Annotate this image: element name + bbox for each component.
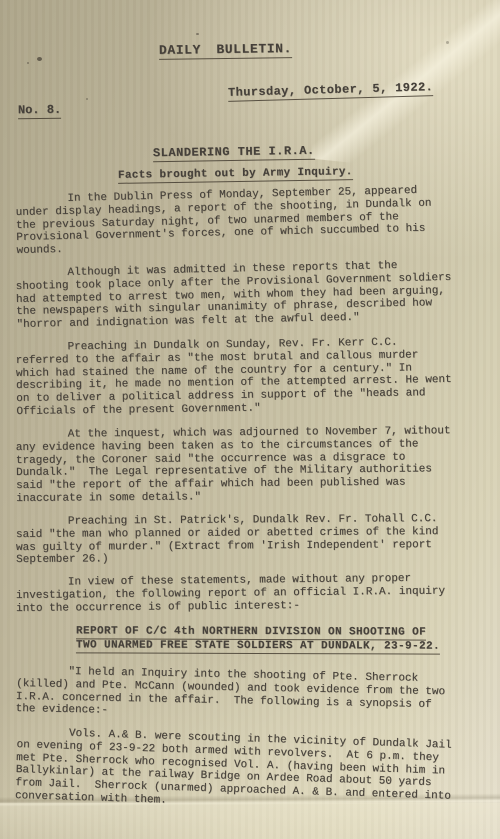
paper-speck — [27, 62, 29, 64]
article-subheadline: Facts brought out by Army Inquiry. — [118, 166, 353, 182]
body-paragraph: Preaching in Dundalk on Sunday, Rev. Fr.… — [15, 336, 452, 419]
paper-speck — [86, 98, 88, 100]
body-paragraph: In the Dublin Press of Monday, September… — [15, 184, 452, 258]
paper-speck — [37, 57, 42, 61]
bulletin-title-text: DAILY BULLETIN. — [159, 41, 292, 60]
report-paragraph: "I held an Inquiry into the shooting of … — [16, 665, 453, 725]
report-heading-line1: REPORT OF C/C 4th NORTHERN DIVISION ON S… — [76, 625, 426, 640]
report-paragraph: Vols. A.& B. were scouting in the vicini… — [15, 726, 453, 816]
body-paragraph: In view of these statements, made withou… — [16, 572, 452, 615]
issue-number: No. 8. — [18, 103, 61, 117]
body-paragraph: At the inquest, which was adjourned to N… — [16, 425, 453, 506]
bulletin-date: Thursday, October, 5, 1922. — [228, 80, 434, 100]
report-heading-line2: TWO UNARMED FREE STATE SOLDIERS AT DUNDA… — [76, 639, 440, 654]
paper-speck — [196, 33, 199, 35]
article-headline-text: SLANDERING THE I.R.A. — [153, 144, 315, 163]
bulletin-date-text: Thursday, October, 5, 1922. — [228, 80, 434, 102]
article-headline: SLANDERING THE I.R.A. — [153, 144, 315, 161]
paper-speck — [446, 41, 449, 44]
report-heading: REPORT OF C/C 4th NORTHERN DIVISION ON S… — [76, 624, 452, 653]
bulletin-title: DAILY BULLETIN. — [159, 41, 292, 58]
body-paragraph: Preaching in St. Patrick's, Dundalk Rev.… — [16, 512, 452, 566]
article-body: In the Dublin Press of Monday, September… — [16, 194, 452, 813]
document-page: DAILY BULLETIN. Thursday, October, 5, 19… — [0, 0, 500, 839]
issue-number-text: No. 8. — [18, 103, 61, 119]
body-paragraph: Although it was admitted in these report… — [15, 259, 452, 332]
article-subheadline-text: Facts brought out by Army Inquiry. — [118, 166, 353, 184]
